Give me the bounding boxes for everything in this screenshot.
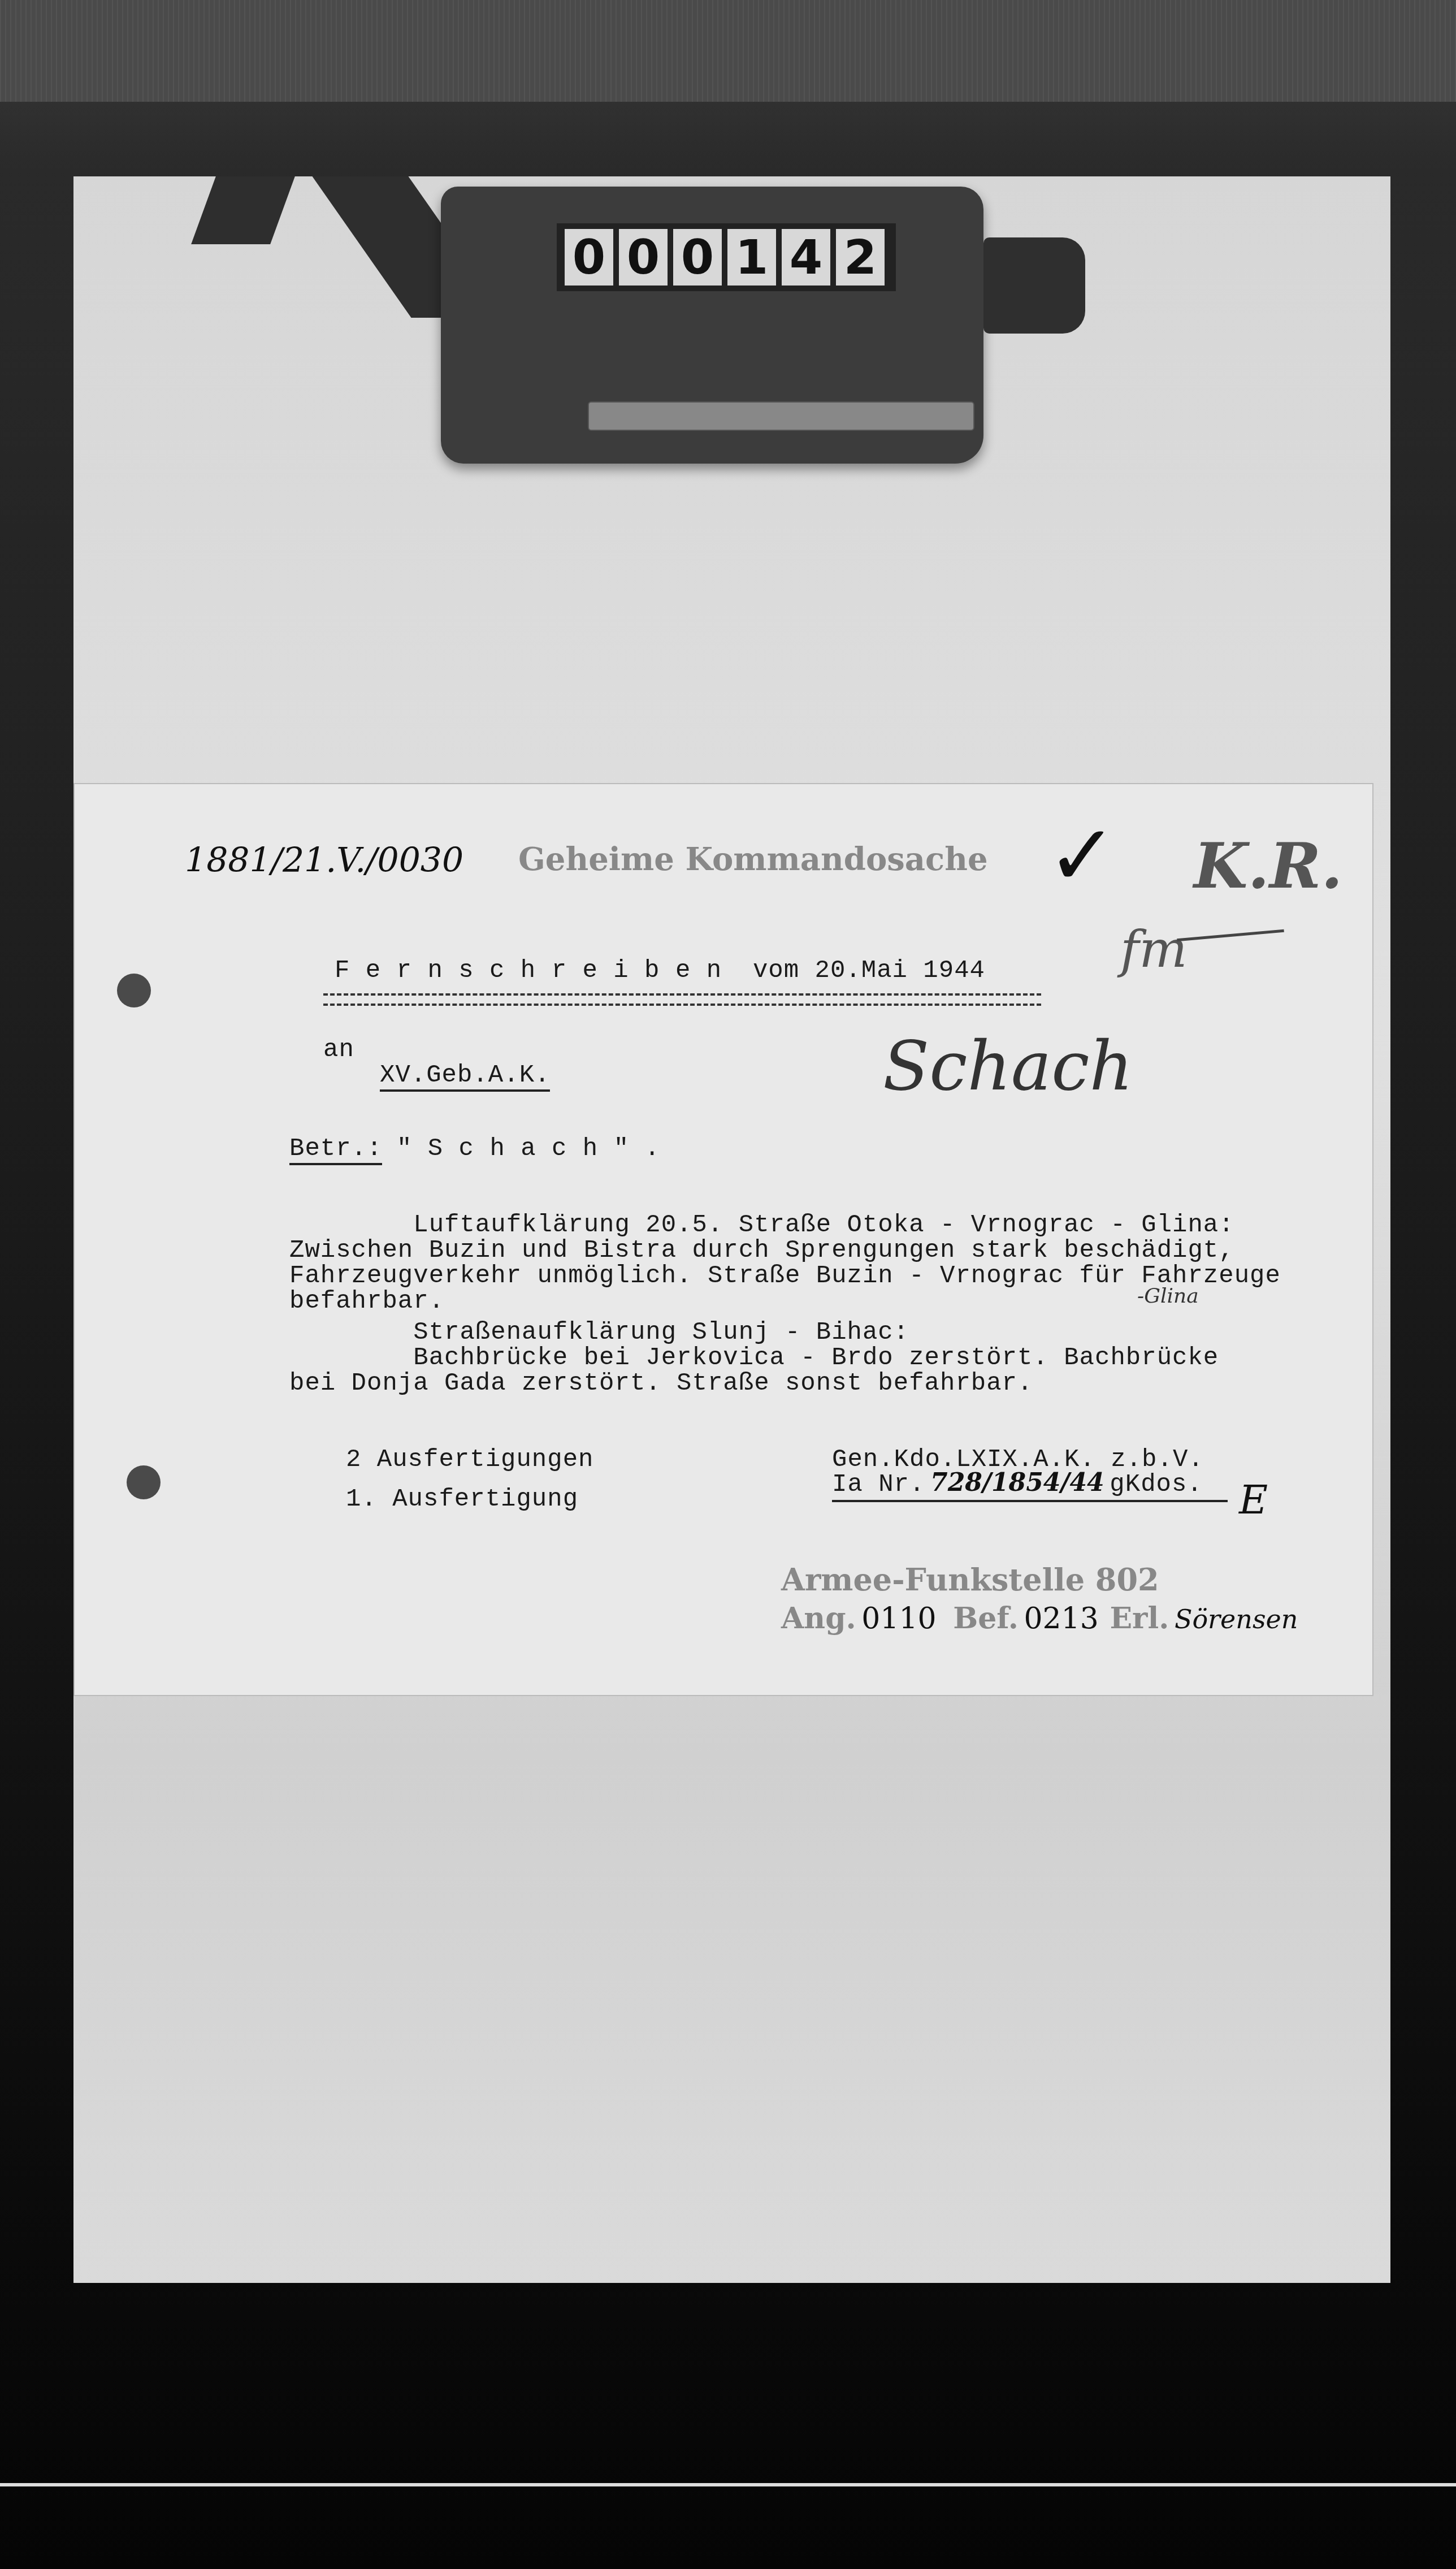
teletype-document: 1881/21.V./0030 Geheime Kommandosache ✓ … <box>73 783 1373 1696</box>
counter-digit: 0 <box>673 229 722 286</box>
copies-count: 2 Ausfertigungen <box>346 1446 593 1474</box>
radio-station-times: Ang. 0110 Bef. 0213 Erl. Sörensen <box>781 1601 1298 1636</box>
initial-scrawl: fm <box>1120 920 1188 979</box>
sender-ref-suffix: gKdos. <box>1110 1471 1202 1499</box>
body-line: Straßenaufklärung Slunj - Bihac: <box>289 1318 909 1347</box>
counter-display: 0 0 0 1 4 2 <box>557 223 896 291</box>
body-line: Fahrzeugverkehr unmöglich. Straße Buzin … <box>289 1262 1281 1290</box>
checkmark: ✓ <box>1047 807 1118 905</box>
counter-digit: 0 <box>565 229 613 286</box>
sender-initial: E <box>1239 1477 1268 1523</box>
sender-reference: Ia Nr. 728/1854/44 gKdos. <box>832 1468 1228 1502</box>
counter-digit: 2 <box>836 229 885 286</box>
body-line: befahrbar. <box>289 1287 444 1316</box>
bef-time: 0213 <box>1024 1602 1098 1636</box>
radio-station-stamp: Armee-Funkstelle 802 <box>781 1562 1159 1598</box>
body-line: Bachbrücke bei Jerkovica - Brdo zerstört… <box>289 1344 1219 1372</box>
body-line: Luftaufklärung 20.5. Straße Otoka - Vrno… <box>289 1211 1234 1239</box>
subject: " S c h a c h " . <box>397 1135 660 1163</box>
punch-hole <box>117 974 151 1007</box>
operator-signature: Sörensen <box>1175 1604 1298 1634</box>
ang-label: Ang. <box>781 1601 856 1636</box>
classification-stamp: Geheime Kommandosache <box>518 841 988 878</box>
body-correction: -Glina <box>1137 1284 1199 1308</box>
recipient: XV.Geb.A.K. <box>380 1061 550 1092</box>
counter-digit: 0 <box>619 229 668 286</box>
reference-number: 1881/21.V./0030 <box>185 841 463 880</box>
erl-label: Erl. <box>1110 1601 1169 1636</box>
subject-label: Betr.: <box>289 1135 382 1165</box>
recipient-label: an <box>323 1036 354 1064</box>
initials-stamp: K.R. <box>1194 829 1343 902</box>
film-edge-bottom <box>0 2483 1456 2486</box>
body-line: Zwischen Buzin und Bistra durch Sprengun… <box>289 1236 1234 1265</box>
copy-number: 1. Ausfertigung <box>346 1485 578 1513</box>
counter-nameplate <box>588 401 974 431</box>
counter-digit: 4 <box>782 229 830 286</box>
bef-label: Bef. <box>953 1601 1019 1636</box>
initials-underline <box>1177 929 1284 942</box>
sender-ref-prefix: Ia Nr. <box>832 1471 925 1499</box>
handwritten-schach: Schach <box>883 1027 1133 1106</box>
film-edge-top <box>0 0 1456 102</box>
counter-digit: 1 <box>727 229 776 286</box>
punch-hole <box>127 1465 161 1499</box>
title-rule <box>323 993 1041 1006</box>
sender-ref-number: 728/1854/44 <box>930 1468 1104 1497</box>
body-line: bei Donja Gada zerstört. Straße sonst be… <box>289 1369 1033 1398</box>
document-title: F e r n s c h r e i b e n vom 20.Mai 194… <box>335 957 985 985</box>
counter-reset-knob <box>983 237 1085 334</box>
ang-time: 0110 <box>861 1602 936 1636</box>
